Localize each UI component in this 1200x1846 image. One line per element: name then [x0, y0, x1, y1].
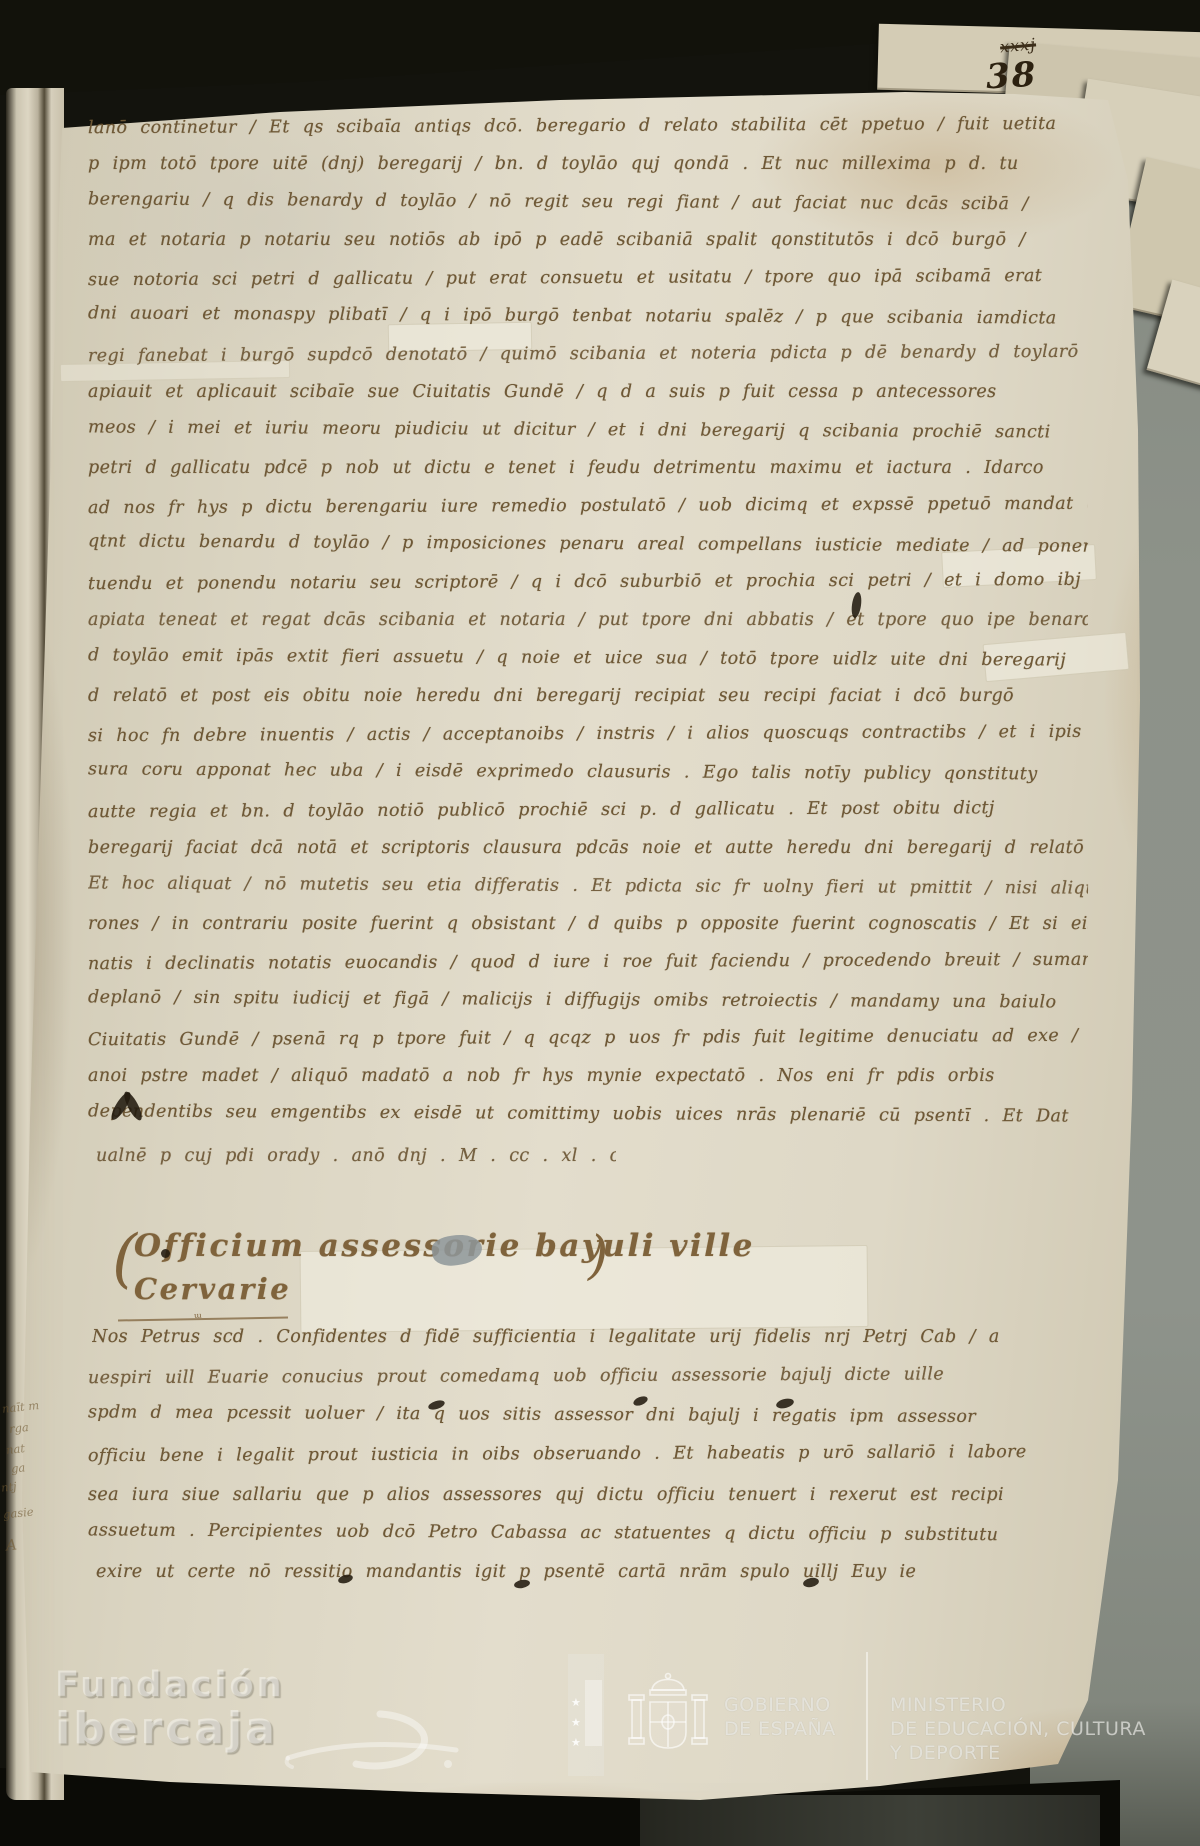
margin-note: A [5, 1535, 18, 1554]
margin-note: ga [10, 1460, 26, 1475]
margin-note: naīt m [1, 1398, 39, 1416]
manuscript-line: sura coru apponat hec uba / i eisdē expr… [88, 759, 1088, 798]
manuscript-line: ad nos fr hys p dictu berengariu iure re… [88, 494, 1088, 532]
manuscript-text-layer: lanō continetur / Et qs scibaīa antiqs d… [0, 0, 1200, 1846]
section-heading-line2: Cervarie [134, 1272, 291, 1306]
manuscript-line: deplanō / sin spitu iudicij et figā / ma… [88, 987, 1088, 1026]
manuscript-line: Nos Petrus scd . Confidentes d fidē suff… [92, 1327, 1092, 1361]
manuscript-dateline: ualnē p cuj pdi orady . anō dnj . M . cc… [96, 1146, 616, 1180]
margin-note: ntj [0, 1479, 17, 1495]
manuscript-line: p ipm totō tpore uitē (dnj) beregarij / … [88, 154, 1088, 188]
manuscript-line: sue notoria sci petri d gallicatu / put … [88, 266, 1088, 304]
manuscript-line: exire ut certe nō ressitio mandantis igi… [96, 1562, 1096, 1596]
manuscript-line: uespiri uill Euarie conucius prout comed… [88, 1364, 1088, 1402]
manuscript-line: apiauit et aplicauit scibaīe sue Ciuitat… [88, 382, 1088, 416]
manuscript-line: tuendu et ponendu notariu seu scriptorē … [88, 570, 1088, 608]
manuscript-line: lanō continetur / Et qs scibaīa antiqs d… [88, 114, 1088, 152]
manuscript-line: qtnt dictu benardu d toylāo / p imposici… [88, 531, 1088, 570]
manuscript-line: ma et notaria p notariu seu notiōs ab ip… [88, 230, 1088, 264]
manuscript-line: dni auoari et monaspy plibatī / q i ipō … [88, 303, 1088, 342]
manuscript-line: d toylāo emit ipās extit fieri assuetu /… [88, 645, 1088, 684]
manuscript-line: officiu bene i legalit prout iusticia in… [88, 1442, 1088, 1480]
manuscript-line: petri d gallicatu pdcē p nob ut dictu e … [88, 458, 1088, 492]
manuscript-line: assuetum . Percipientes uob dcō Petro Ca… [88, 1520, 1088, 1559]
manuscript-line: spdm d mea pcessit uoluer / ita q uos si… [88, 1402, 1088, 1441]
manuscript-line: berengariu / q dis benardy d toylāo / nō… [88, 189, 1088, 228]
manuscript-line: Ciuitatis Gundē / psenā rq p tpore fuit … [88, 1026, 1088, 1064]
manuscript-line: rones / in contrariu posite fuerint q ob… [88, 914, 1088, 948]
manuscript-line: beregarij faciat dcā notā et scriptoris … [88, 838, 1088, 872]
manuscript-line: natis i declinatis notatis euocandis / q… [88, 950, 1088, 988]
manuscript-line: anoi pstre madet / aliquō madatō a nob f… [88, 1066, 1088, 1100]
manuscript-line: Et hoc aliquat / nō mutetis seu etia dif… [88, 873, 1088, 912]
manuscript-line: d relatō et post eis obitu noie heredu d… [88, 686, 1088, 720]
margin-note: nat [5, 1441, 25, 1457]
margin-note: rga [8, 1420, 29, 1436]
ink-blot [161, 1249, 170, 1258]
manuscript-line: si hoc fn debre inuentis / actis / accep… [88, 722, 1088, 760]
manuscript-line: dependentibs seu emgentibs ex eisdē ut c… [88, 1101, 1088, 1140]
manuscript-line: autte regia et bn. d toylāo notiō public… [88, 798, 1088, 836]
manuscript-line: sea iura siue sallariu que p alios asses… [88, 1485, 1088, 1519]
heading-right-flourish: ) [588, 1226, 608, 1286]
manuscript-line: apiata teneat et regat dcās scibania et … [88, 610, 1088, 644]
manuscript-line: meos / i mei et iuriu meoru piudiciu ut … [88, 417, 1088, 456]
margin-note: gasie [2, 1504, 34, 1521]
heading-underline-flourish [118, 1317, 288, 1322]
manuscript-line: regi fanebat i burgō supdcō denotatō / q… [88, 342, 1088, 380]
